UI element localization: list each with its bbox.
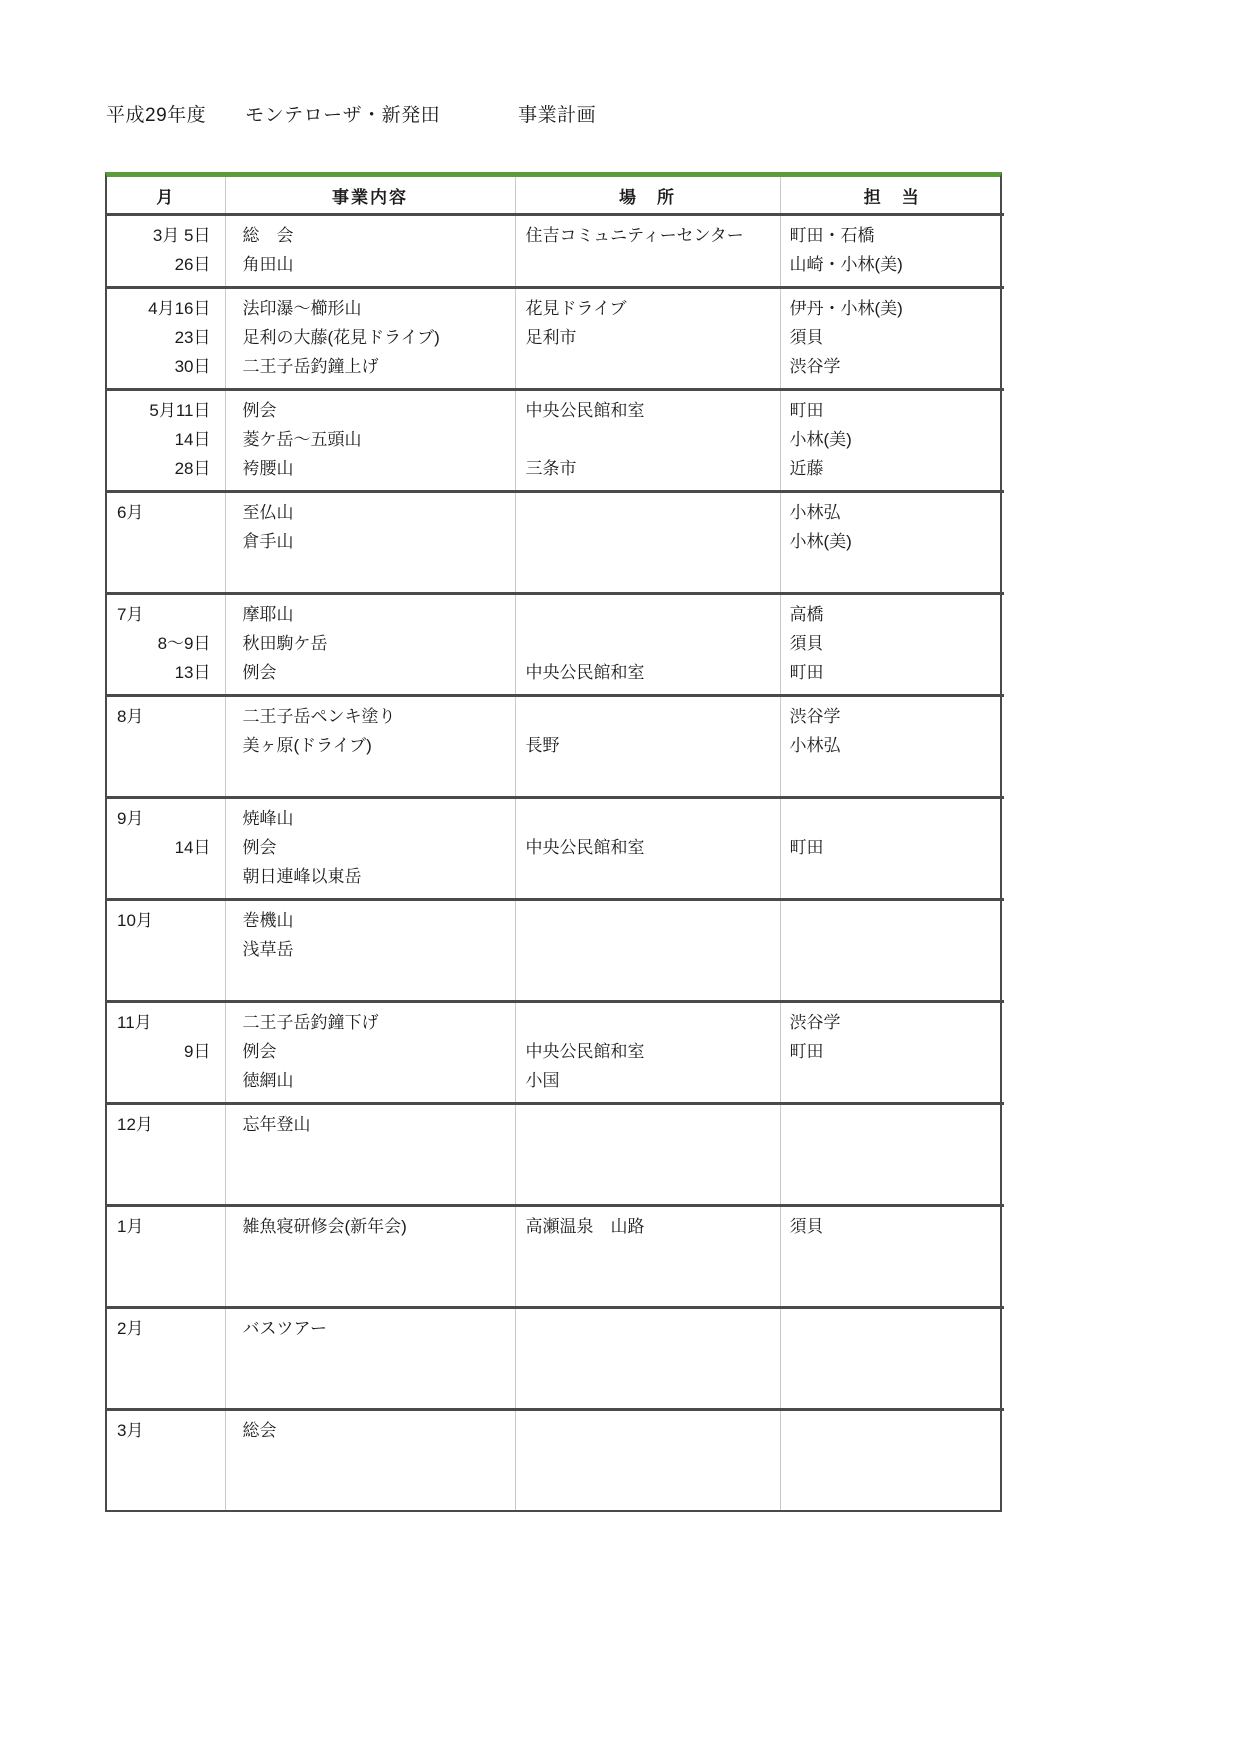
cell-line (107, 1139, 225, 1168)
page-title: 平成29年度 モンテローザ・新発田 事業計画 (106, 100, 596, 127)
cell-line: 足利市 (516, 323, 780, 352)
cell-line: 町田 (781, 833, 1005, 862)
cell-month: 9月14日 (107, 798, 225, 900)
cell-line (781, 964, 1005, 993)
cell-line: 14日 (107, 833, 225, 862)
header-month: 月 (107, 177, 225, 215)
cell-line (781, 862, 1005, 891)
cell-line (107, 556, 225, 585)
cell-place: 中央公民館和室 (515, 594, 780, 696)
cell-line: 巻機山 (226, 906, 515, 935)
cell-line (107, 1241, 225, 1270)
cell-month: 12月 (107, 1104, 225, 1206)
cell-place (515, 1308, 780, 1410)
schedule-table-body: 3月 5日26日総 会角田山住吉コミュニティーセンター 町田・石橋山崎・小林(美… (107, 215, 1004, 1511)
cell-line: 高瀬温泉 山路 (516, 1212, 780, 1241)
cell-line (781, 1241, 1005, 1270)
cell-line: 小林弘 (781, 498, 1005, 527)
cell-place (515, 492, 780, 594)
cell-line: 雑魚寝研修会(新年会) (226, 1212, 515, 1241)
cell-staff: 高橋須貝町田 (780, 594, 1004, 696)
cell-line: 5月11日 (107, 396, 225, 425)
cell-line: 徳網山 (226, 1066, 515, 1095)
cell-staff (780, 1104, 1004, 1206)
cell-line: 14日 (107, 425, 225, 454)
cell-staff: 渋谷学町田 (780, 1002, 1004, 1104)
cell-line (516, 600, 780, 629)
cell-line: 須貝 (781, 629, 1005, 658)
cell-line (781, 1314, 1005, 1343)
cell-content: 巻機山浅草岳 (225, 900, 515, 1002)
cell-line (107, 527, 225, 556)
cell-line: 三条市 (516, 454, 780, 483)
cell-line: 美ヶ原(ドライブ) (226, 731, 515, 760)
cell-line (516, 1139, 780, 1168)
cell-line: 二王子岳ペンキ塗り (226, 702, 515, 731)
cell-line: 中央公民館和室 (516, 833, 780, 862)
cell-line (516, 556, 780, 585)
cell-line: 12月 (107, 1110, 225, 1139)
table-row: 3月 総会 (107, 1410, 1004, 1511)
cell-line (781, 935, 1005, 964)
cell-line: 2月 (107, 1314, 225, 1343)
cell-line: 須貝 (781, 323, 1005, 352)
cell-content: 摩耶山秋田駒ケ岳例会 (225, 594, 515, 696)
cell-place: 中央公民館和室 (515, 798, 780, 900)
cell-staff: 渋谷学小林弘 (780, 696, 1004, 798)
cell-staff: 町田 (780, 798, 1004, 900)
cell-line: 例会 (226, 396, 515, 425)
cell-line (781, 1139, 1005, 1168)
header-staff: 担 当 (780, 177, 1004, 215)
cell-line: 法印瀑〜櫛形山 (226, 294, 515, 323)
table-row: 7月8〜9日13日摩耶山秋田駒ケ岳例会 中央公民館和室高橋須貝町田 (107, 594, 1004, 696)
cell-line (107, 1066, 225, 1095)
cell-staff: 町田・石橋山崎・小林(美) (780, 215, 1004, 288)
cell-line: 8月 (107, 702, 225, 731)
cell-line (107, 935, 225, 964)
cell-line (781, 1110, 1005, 1139)
cell-line: 高橋 (781, 600, 1005, 629)
cell-month: 5月11日14日28日 (107, 390, 225, 492)
cell-line: 例会 (226, 1037, 515, 1066)
cell-line: 26日 (107, 250, 225, 279)
cell-line: 住吉コミュニティーセンター (516, 221, 780, 250)
cell-line: 近藤 (781, 454, 1005, 483)
cell-month: 3月 5日26日 (107, 215, 225, 288)
cell-content: 雑魚寝研修会(新年会) (225, 1206, 515, 1308)
table-row: 10月 巻機山浅草岳 (107, 900, 1004, 1002)
table-row: 3月 5日26日総 会角田山住吉コミュニティーセンター 町田・石橋山崎・小林(美… (107, 215, 1004, 288)
cell-line: 小国 (516, 1066, 780, 1095)
cell-line: 二王子岳釣鐘上げ (226, 352, 515, 381)
cell-line: 8〜9日 (107, 629, 225, 658)
cell-line (107, 964, 225, 993)
cell-line: 11月 (107, 1008, 225, 1037)
cell-staff (780, 1410, 1004, 1511)
table-row: 4月16日23日30日法印瀑〜櫛形山足利の大藤(花見ドライブ)二王子岳釣鐘上げ花… (107, 288, 1004, 390)
cell-line (226, 964, 515, 993)
cell-line (781, 1445, 1005, 1474)
cell-staff: 町田小林(美)近藤 (780, 390, 1004, 492)
cell-line: 町田 (781, 658, 1005, 687)
cell-line: 秋田駒ケ岳 (226, 629, 515, 658)
cell-line (516, 862, 780, 891)
cell-line: 町田 (781, 396, 1005, 425)
cell-line (107, 1168, 225, 1197)
cell-line (226, 556, 515, 585)
cell-line: 中央公民館和室 (516, 658, 780, 687)
cell-month: 4月16日23日30日 (107, 288, 225, 390)
cell-line (516, 1445, 780, 1474)
cell-content: バスツアー (225, 1308, 515, 1410)
cell-line (781, 804, 1005, 833)
cell-line: 6月 (107, 498, 225, 527)
cell-line (516, 1372, 780, 1401)
cell-line (107, 1270, 225, 1299)
cell-content: 焼峰山例会朝日連峰以東岳 (225, 798, 515, 900)
cell-line (781, 906, 1005, 935)
cell-line: 渋谷学 (781, 702, 1005, 731)
cell-line: 小林(美) (781, 425, 1005, 454)
cell-line: 3月 (107, 1416, 225, 1445)
cell-line (226, 1241, 515, 1270)
cell-line (516, 1110, 780, 1139)
cell-line (781, 760, 1005, 789)
cell-line (226, 1139, 515, 1168)
cell-line: 渋谷学 (781, 352, 1005, 381)
cell-place: 高瀬温泉 山路 (515, 1206, 780, 1308)
table-row: 2月 バスツアー (107, 1308, 1004, 1410)
table-row: 6月 至仏山倉手山 小林弘小林(美) (107, 492, 1004, 594)
cell-line: 山崎・小林(美) (781, 250, 1005, 279)
cell-line: 総 会 (226, 221, 515, 250)
cell-staff (780, 900, 1004, 1002)
cell-line: 町田 (781, 1037, 1005, 1066)
cell-place: 長野 (515, 696, 780, 798)
cell-line (516, 1270, 780, 1299)
cell-staff: 伊丹・小林(美)須貝渋谷学 (780, 288, 1004, 390)
cell-month: 10月 (107, 900, 225, 1002)
cell-line (781, 1343, 1005, 1372)
cell-content: 法印瀑〜櫛形山足利の大藤(花見ドライブ)二王子岳釣鐘上げ (225, 288, 515, 390)
cell-line: 渋谷学 (781, 1008, 1005, 1037)
cell-line: 1月 (107, 1212, 225, 1241)
cell-line (226, 1343, 515, 1372)
cell-line (516, 425, 780, 454)
cell-line (516, 702, 780, 731)
cell-line (226, 1474, 515, 1503)
cell-line (226, 760, 515, 789)
cell-line (107, 862, 225, 891)
cell-line (781, 1416, 1005, 1445)
cell-line (516, 935, 780, 964)
cell-line (226, 1168, 515, 1197)
header-place: 場 所 (515, 177, 780, 215)
cell-line: 28日 (107, 454, 225, 483)
cell-month: 11月9日 (107, 1002, 225, 1104)
cell-line: 13日 (107, 658, 225, 687)
table-row: 12月 忘年登山 (107, 1104, 1004, 1206)
cell-month: 6月 (107, 492, 225, 594)
cell-line (781, 1270, 1005, 1299)
cell-month: 2月 (107, 1308, 225, 1410)
cell-line (516, 527, 780, 556)
table-row: 1月 雑魚寝研修会(新年会) 高瀬温泉 山路 須貝 (107, 1206, 1004, 1308)
cell-line (781, 556, 1005, 585)
cell-line: 30日 (107, 352, 225, 381)
schedule-table-frame: 月 事業内容 場 所 担 当 3月 5日26日総 会角田山住吉コミュニティーセン… (105, 172, 1002, 1512)
cell-line: 総会 (226, 1416, 515, 1445)
cell-line: 倉手山 (226, 527, 515, 556)
cell-line: 9日 (107, 1037, 225, 1066)
cell-place (515, 1410, 780, 1511)
cell-content: 二王子岳ペンキ塗り美ヶ原(ドライブ) (225, 696, 515, 798)
cell-line: 10月 (107, 906, 225, 935)
cell-line: 袴腰山 (226, 454, 515, 483)
cell-line: 9月 (107, 804, 225, 833)
cell-line (516, 1008, 780, 1037)
cell-line: 7月 (107, 600, 225, 629)
cell-line (107, 1343, 225, 1372)
cell-staff: 須貝 (780, 1206, 1004, 1308)
cell-line: 二王子岳釣鐘下げ (226, 1008, 515, 1037)
cell-line (226, 1445, 515, 1474)
cell-place (515, 1104, 780, 1206)
cell-line: 小林弘 (781, 731, 1005, 760)
cell-content: 総 会角田山 (225, 215, 515, 288)
cell-place: 花見ドライブ足利市 (515, 288, 780, 390)
cell-line (226, 1270, 515, 1299)
cell-content: 至仏山倉手山 (225, 492, 515, 594)
cell-line: 伊丹・小林(美) (781, 294, 1005, 323)
cell-place: 住吉コミュニティーセンター (515, 215, 780, 288)
cell-line (516, 250, 780, 279)
header-content: 事業内容 (225, 177, 515, 215)
cell-line (781, 1372, 1005, 1401)
cell-line (107, 731, 225, 760)
cell-line (516, 1416, 780, 1445)
cell-line (516, 964, 780, 993)
cell-line: 足利の大藤(花見ドライブ) (226, 323, 515, 352)
table-row: 8月 二王子岳ペンキ塗り美ヶ原(ドライブ) 長野 渋谷学小林弘 (107, 696, 1004, 798)
cell-month: 7月8〜9日13日 (107, 594, 225, 696)
cell-line: 長野 (516, 731, 780, 760)
cell-line (781, 1066, 1005, 1095)
cell-line: 町田・石橋 (781, 221, 1005, 250)
cell-line (516, 760, 780, 789)
cell-line: バスツアー (226, 1314, 515, 1343)
cell-line (781, 1168, 1005, 1197)
cell-line (226, 1372, 515, 1401)
cell-line: 3月 5日 (107, 221, 225, 250)
cell-line: 中央公民館和室 (516, 1037, 780, 1066)
cell-month: 1月 (107, 1206, 225, 1308)
cell-month: 8月 (107, 696, 225, 798)
cell-line: 浅草岳 (226, 935, 515, 964)
cell-line: 角田山 (226, 250, 515, 279)
cell-line: 花見ドライブ (516, 294, 780, 323)
cell-staff (780, 1308, 1004, 1410)
cell-line (516, 1241, 780, 1270)
table-row: 9月14日 焼峰山例会朝日連峰以東岳 中央公民館和室 町田 (107, 798, 1004, 900)
cell-line: 忘年登山 (226, 1110, 515, 1139)
cell-place: 中央公民館和室小国 (515, 1002, 780, 1104)
cell-line: 朝日連峰以東岳 (226, 862, 515, 891)
cell-line: 4月16日 (107, 294, 225, 323)
cell-content: 例会菱ケ岳〜五頭山袴腰山 (225, 390, 515, 492)
cell-content: 総会 (225, 1410, 515, 1511)
cell-line: 23日 (107, 323, 225, 352)
cell-place: 中央公民館和室 三条市 (515, 390, 780, 492)
cell-line (516, 1474, 780, 1503)
cell-staff: 小林弘小林(美) (780, 492, 1004, 594)
table-row: 11月9日 二王子岳釣鐘下げ例会徳網山 中央公民館和室小国渋谷学町田 (107, 1002, 1004, 1104)
cell-line: 摩耶山 (226, 600, 515, 629)
cell-line: 菱ケ岳〜五頭山 (226, 425, 515, 454)
cell-line: 焼峰山 (226, 804, 515, 833)
cell-line (516, 804, 780, 833)
cell-line (107, 1474, 225, 1503)
cell-line (516, 1314, 780, 1343)
schedule-table: 月 事業内容 場 所 担 当 3月 5日26日総 会角田山住吉コミュニティーセン… (107, 177, 1004, 1510)
table-header: 月 事業内容 場 所 担 当 (107, 177, 1004, 215)
cell-line (516, 1168, 780, 1197)
cell-line: 至仏山 (226, 498, 515, 527)
header-row: 月 事業内容 場 所 担 当 (107, 177, 1004, 215)
cell-line (107, 1445, 225, 1474)
cell-line: 須貝 (781, 1212, 1005, 1241)
cell-line (781, 1474, 1005, 1503)
cell-line: 例会 (226, 833, 515, 862)
cell-line (107, 760, 225, 789)
cell-content: 忘年登山 (225, 1104, 515, 1206)
cell-line (516, 352, 780, 381)
cell-line: 例会 (226, 658, 515, 687)
cell-month: 3月 (107, 1410, 225, 1511)
cell-place (515, 900, 780, 1002)
cell-content: 二王子岳釣鐘下げ例会徳網山 (225, 1002, 515, 1104)
cell-line (516, 498, 780, 527)
table-row: 5月11日14日28日例会菱ケ岳〜五頭山袴腰山中央公民館和室 三条市町田小林(美… (107, 390, 1004, 492)
cell-line: 小林(美) (781, 527, 1005, 556)
cell-line (516, 906, 780, 935)
cell-line (516, 629, 780, 658)
cell-line (516, 1343, 780, 1372)
cell-line (107, 1372, 225, 1401)
cell-line: 中央公民館和室 (516, 396, 780, 425)
